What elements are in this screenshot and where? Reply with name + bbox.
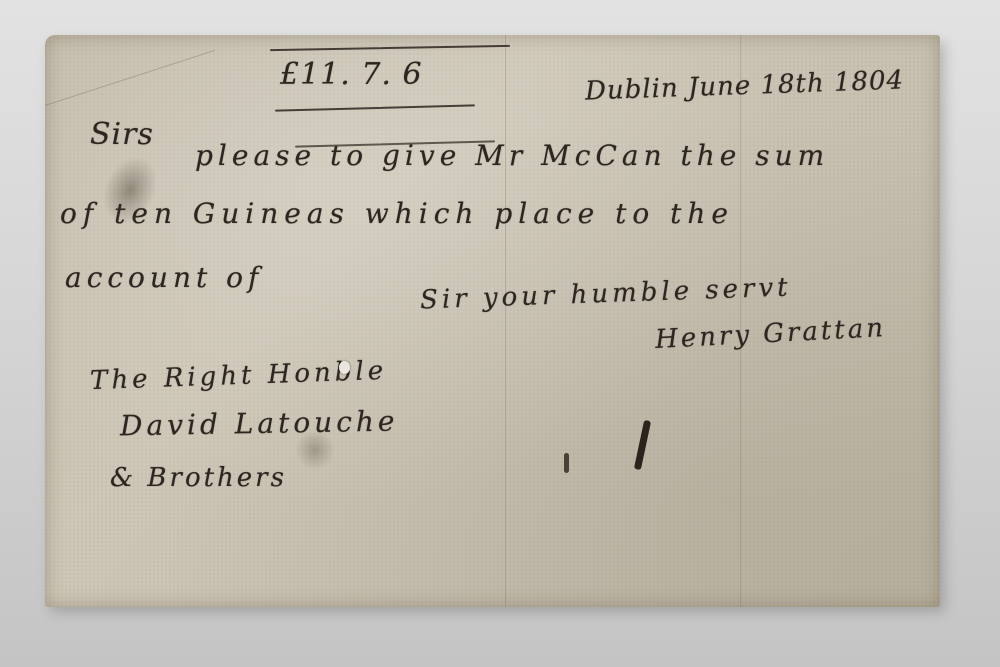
document-paper: £11. 7. 6 Dublin June 18th 1804 Sirs ple… [45,35,940,607]
salutation: Sirs [90,117,154,152]
pin-hole [339,361,350,374]
ink-stain [295,430,335,470]
place-date: Dublin June 18th 1804 [585,65,905,106]
ink-mark [634,420,651,470]
signature: Henry Grattan [654,313,886,355]
body-line-1: please to give Mr McCan the sum [195,139,829,172]
closing: Sir your humble servt [420,273,792,316]
fold-crease [505,35,506,607]
amount-rule-bottom [275,104,475,111]
body-line-2: of ten Guineas which place to the [60,197,734,230]
addressee-line-3: & Brothers [110,463,287,493]
ink-mark [564,453,569,473]
amount-rule-top [270,45,510,51]
corner-crease [45,0,215,106]
body-line-3: account of [65,261,263,294]
amount: £11. 7. 6 [280,57,423,92]
addressee-line-2: David Latouche [120,405,399,443]
